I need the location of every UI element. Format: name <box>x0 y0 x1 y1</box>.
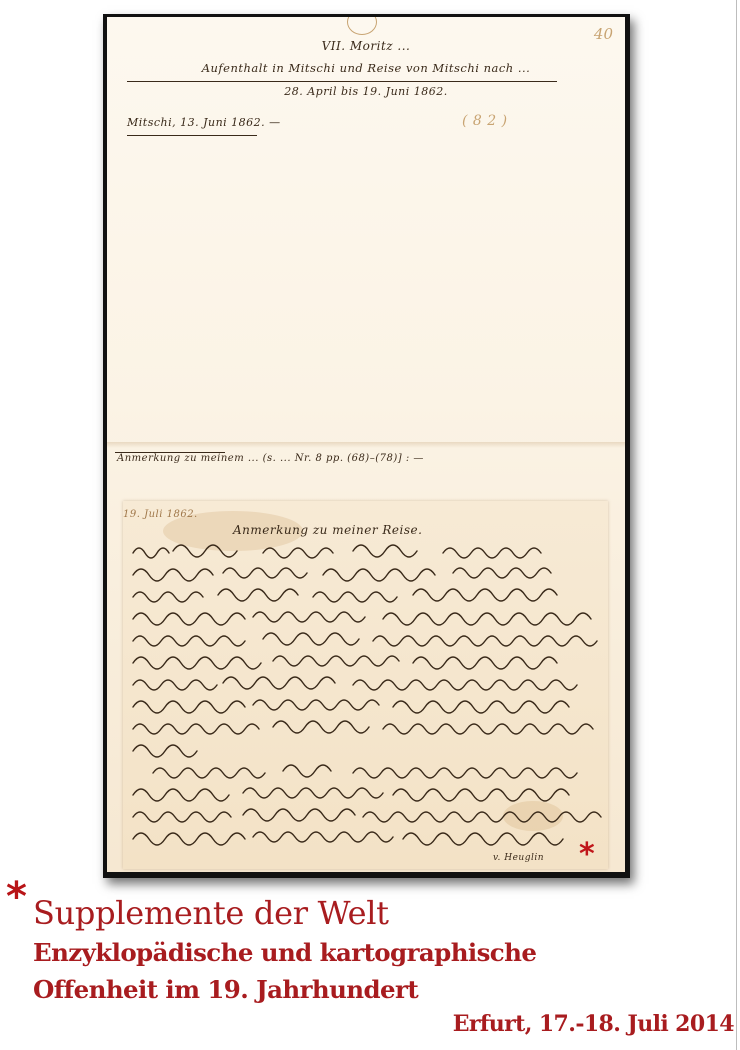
asterisk-icon: * <box>6 874 27 920</box>
header-line-2: Aufenthalt in Mitschi und Reise von Mits… <box>107 61 625 75</box>
signature: v. Heuglin <box>493 853 544 863</box>
fold-line <box>107 442 625 448</box>
slip-date: 19. Juli 1862. <box>123 509 198 520</box>
date-underline <box>127 135 257 136</box>
poster-title: Supplemente der Welt <box>33 894 389 932</box>
header-line-4: Mitschi, 13. Juni 1862. — <box>127 116 281 129</box>
circle-mark-icon <box>347 17 377 35</box>
right-edge-rule <box>736 0 737 1050</box>
footnote-line: Anmerkung zu meinem ... (s. ... Nr. 8 pp… <box>117 453 424 464</box>
manuscript-page: 40 VII. Moritz ... Aufenthalt in Mitschi… <box>107 17 625 872</box>
red-asterisk-mark-icon: * <box>579 837 595 872</box>
slip-heading: Anmerkung zu meiner Reise. <box>233 523 422 537</box>
pencil-note: ( 8 2 ) <box>462 113 508 129</box>
handwritten-text-lines <box>123 541 608 871</box>
poster-subtitle-line-2: Offenheit im 19. Jahrhundert <box>33 975 418 1004</box>
poster-subtitle-line-1: Enzyklopädische und kartographische <box>33 938 536 967</box>
pasted-slip: 19. Juli 1862. Anmerkung zu meiner Reise… <box>123 501 608 869</box>
header-underline <box>127 81 557 82</box>
poster-place-date: Erfurt, 17.-18. Juli 2014 <box>453 1011 734 1037</box>
header-line-1: VII. Moritz ... <box>107 39 625 53</box>
header-line-3: 28. April bis 19. Juni 1862. <box>107 85 625 98</box>
